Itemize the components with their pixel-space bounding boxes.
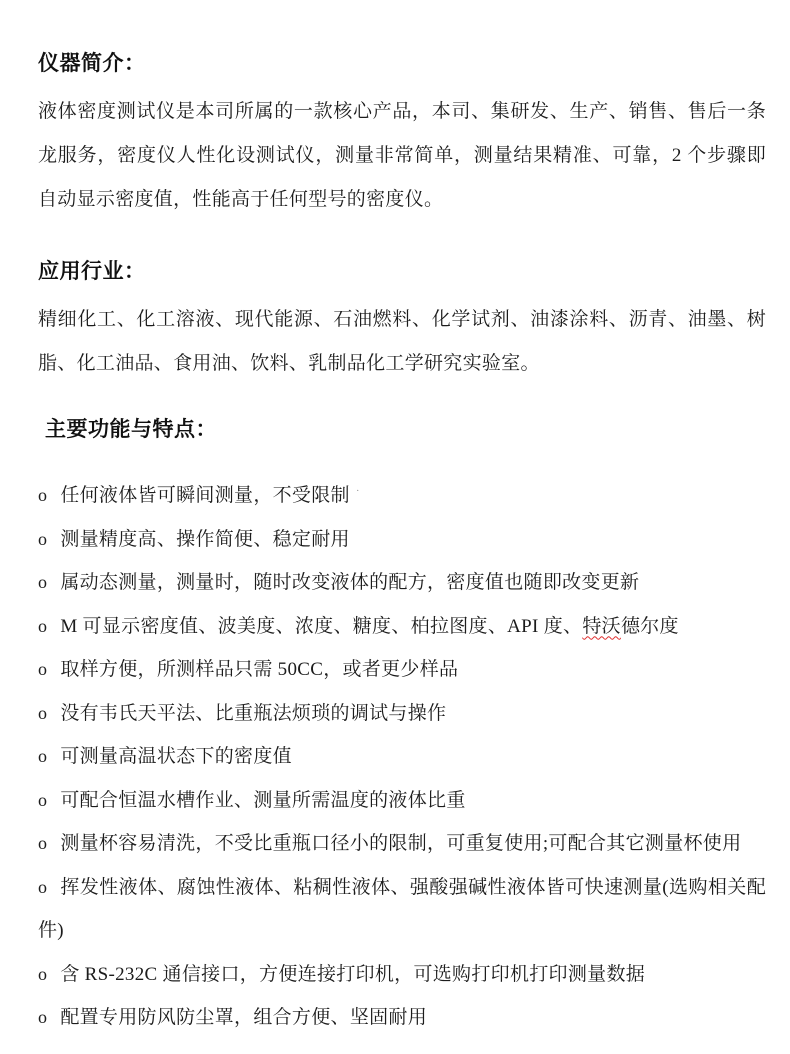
section-heading-industries: 应用行业：	[38, 258, 766, 284]
feature-item: o配置专用防风防尘罩，组合方便、坚固耐用	[38, 996, 766, 1040]
feature-text: 配置专用防风防尘罩，组合方便、坚固耐用	[60, 1007, 427, 1028]
feature-item: o测量精度高、操作简便、稳定耐用	[38, 518, 766, 562]
faint-mark: ·	[350, 485, 360, 497]
industries-paragraph: 精细化工、化工溶液、现代能源、石油燃料、化学试剂、油漆涂料、沥青、油墨、树脂、化…	[38, 298, 766, 386]
feature-item: o任何液体皆可瞬间测量，不受限制·	[38, 470, 766, 518]
feature-text: 属动态测量，测量时，随时改变液体的配方，密度值也随即改变更新	[60, 572, 639, 593]
feature-text: 可配合恒温水槽作业、测量所需温度的液体比重	[60, 790, 465, 811]
feature-item: o测量杯容易清洗，不受比重瓶口径小的限制，可重复使用;可配合其它测量杯使用	[38, 822, 766, 866]
list-bullet: o	[38, 605, 47, 649]
feature-text: 测量精度高、操作简便、稳定耐用	[60, 529, 350, 550]
section-heading-intro: 仪器简介：	[38, 50, 766, 76]
feature-text: 可测量高温状态下的密度值	[60, 746, 292, 767]
feature-item: o含 RS-232C 通信接口，方便连接打印机，可选购打印机打印测量数据	[38, 953, 766, 997]
feature-item: o取样方便，所测样品只需 50CC，或者更少样品	[38, 648, 766, 692]
list-bullet: o	[38, 779, 47, 823]
feature-text: 含 RS-232C 通信接口，方便连接打印机，可选购打印机打印测量数据	[60, 964, 645, 985]
feature-item: o属动态测量，测量时，随时改变液体的配方，密度值也随即改变更新	[38, 561, 766, 605]
list-bullet: o	[38, 822, 47, 866]
feature-item: oM 可显示密度值、波美度、浓度、糖度、柏拉图度、API 度、特沃德尔度	[38, 605, 766, 649]
intro-paragraph: 液体密度测试仪是本司所属的一款核心产品，本司、集研发、生产、销售、售后一条龙服务…	[38, 90, 766, 222]
features-list: o任何液体皆可瞬间测量，不受限制·o测量精度高、操作简便、稳定耐用o属动态测量，…	[38, 470, 766, 1040]
list-bullet: o	[38, 648, 47, 692]
spellcheck-marked-text: 特沃	[582, 616, 621, 637]
feature-text: 德尔度	[621, 616, 679, 637]
document-page: 仪器简介： 液体密度测试仪是本司所属的一款核心产品，本司、集研发、生产、销售、售…	[0, 0, 790, 1054]
list-bullet: o	[38, 735, 47, 779]
list-bullet: o	[38, 474, 47, 518]
feature-text: 取样方便，所测样品只需 50CC，或者更少样品	[60, 659, 458, 680]
feature-text: 挥发性液体、腐蚀性液体、粘稠性液体、强酸强碱性液体皆可快速测量(选购相关配件)	[38, 877, 766, 942]
feature-item: o可测量高温状态下的密度值	[38, 735, 766, 779]
list-bullet: o	[38, 996, 47, 1040]
feature-item: o可配合恒温水槽作业、测量所需温度的液体比重	[38, 779, 766, 823]
section-heading-features: 主要功能与特点：	[38, 416, 766, 442]
list-bullet: o	[38, 866, 47, 910]
list-bullet: o	[38, 561, 47, 605]
feature-text: M 可显示密度值、波美度、浓度、糖度、柏拉图度、API 度、	[60, 616, 582, 637]
feature-item: o没有韦氏天平法、比重瓶法烦琐的调试与操作	[38, 692, 766, 736]
list-bullet: o	[38, 518, 47, 562]
feature-text: 任何液体皆可瞬间测量，不受限制	[60, 485, 350, 506]
feature-text: 测量杯容易清洗，不受比重瓶口径小的限制，可重复使用;可配合其它测量杯使用	[60, 833, 741, 854]
feature-text: 没有韦氏天平法、比重瓶法烦琐的调试与操作	[60, 703, 446, 724]
feature-item: o挥发性液体、腐蚀性液体、粘稠性液体、强酸强碱性液体皆可快速测量(选购相关配件)	[38, 866, 766, 953]
list-bullet: o	[38, 953, 47, 997]
list-bullet: o	[38, 692, 47, 736]
